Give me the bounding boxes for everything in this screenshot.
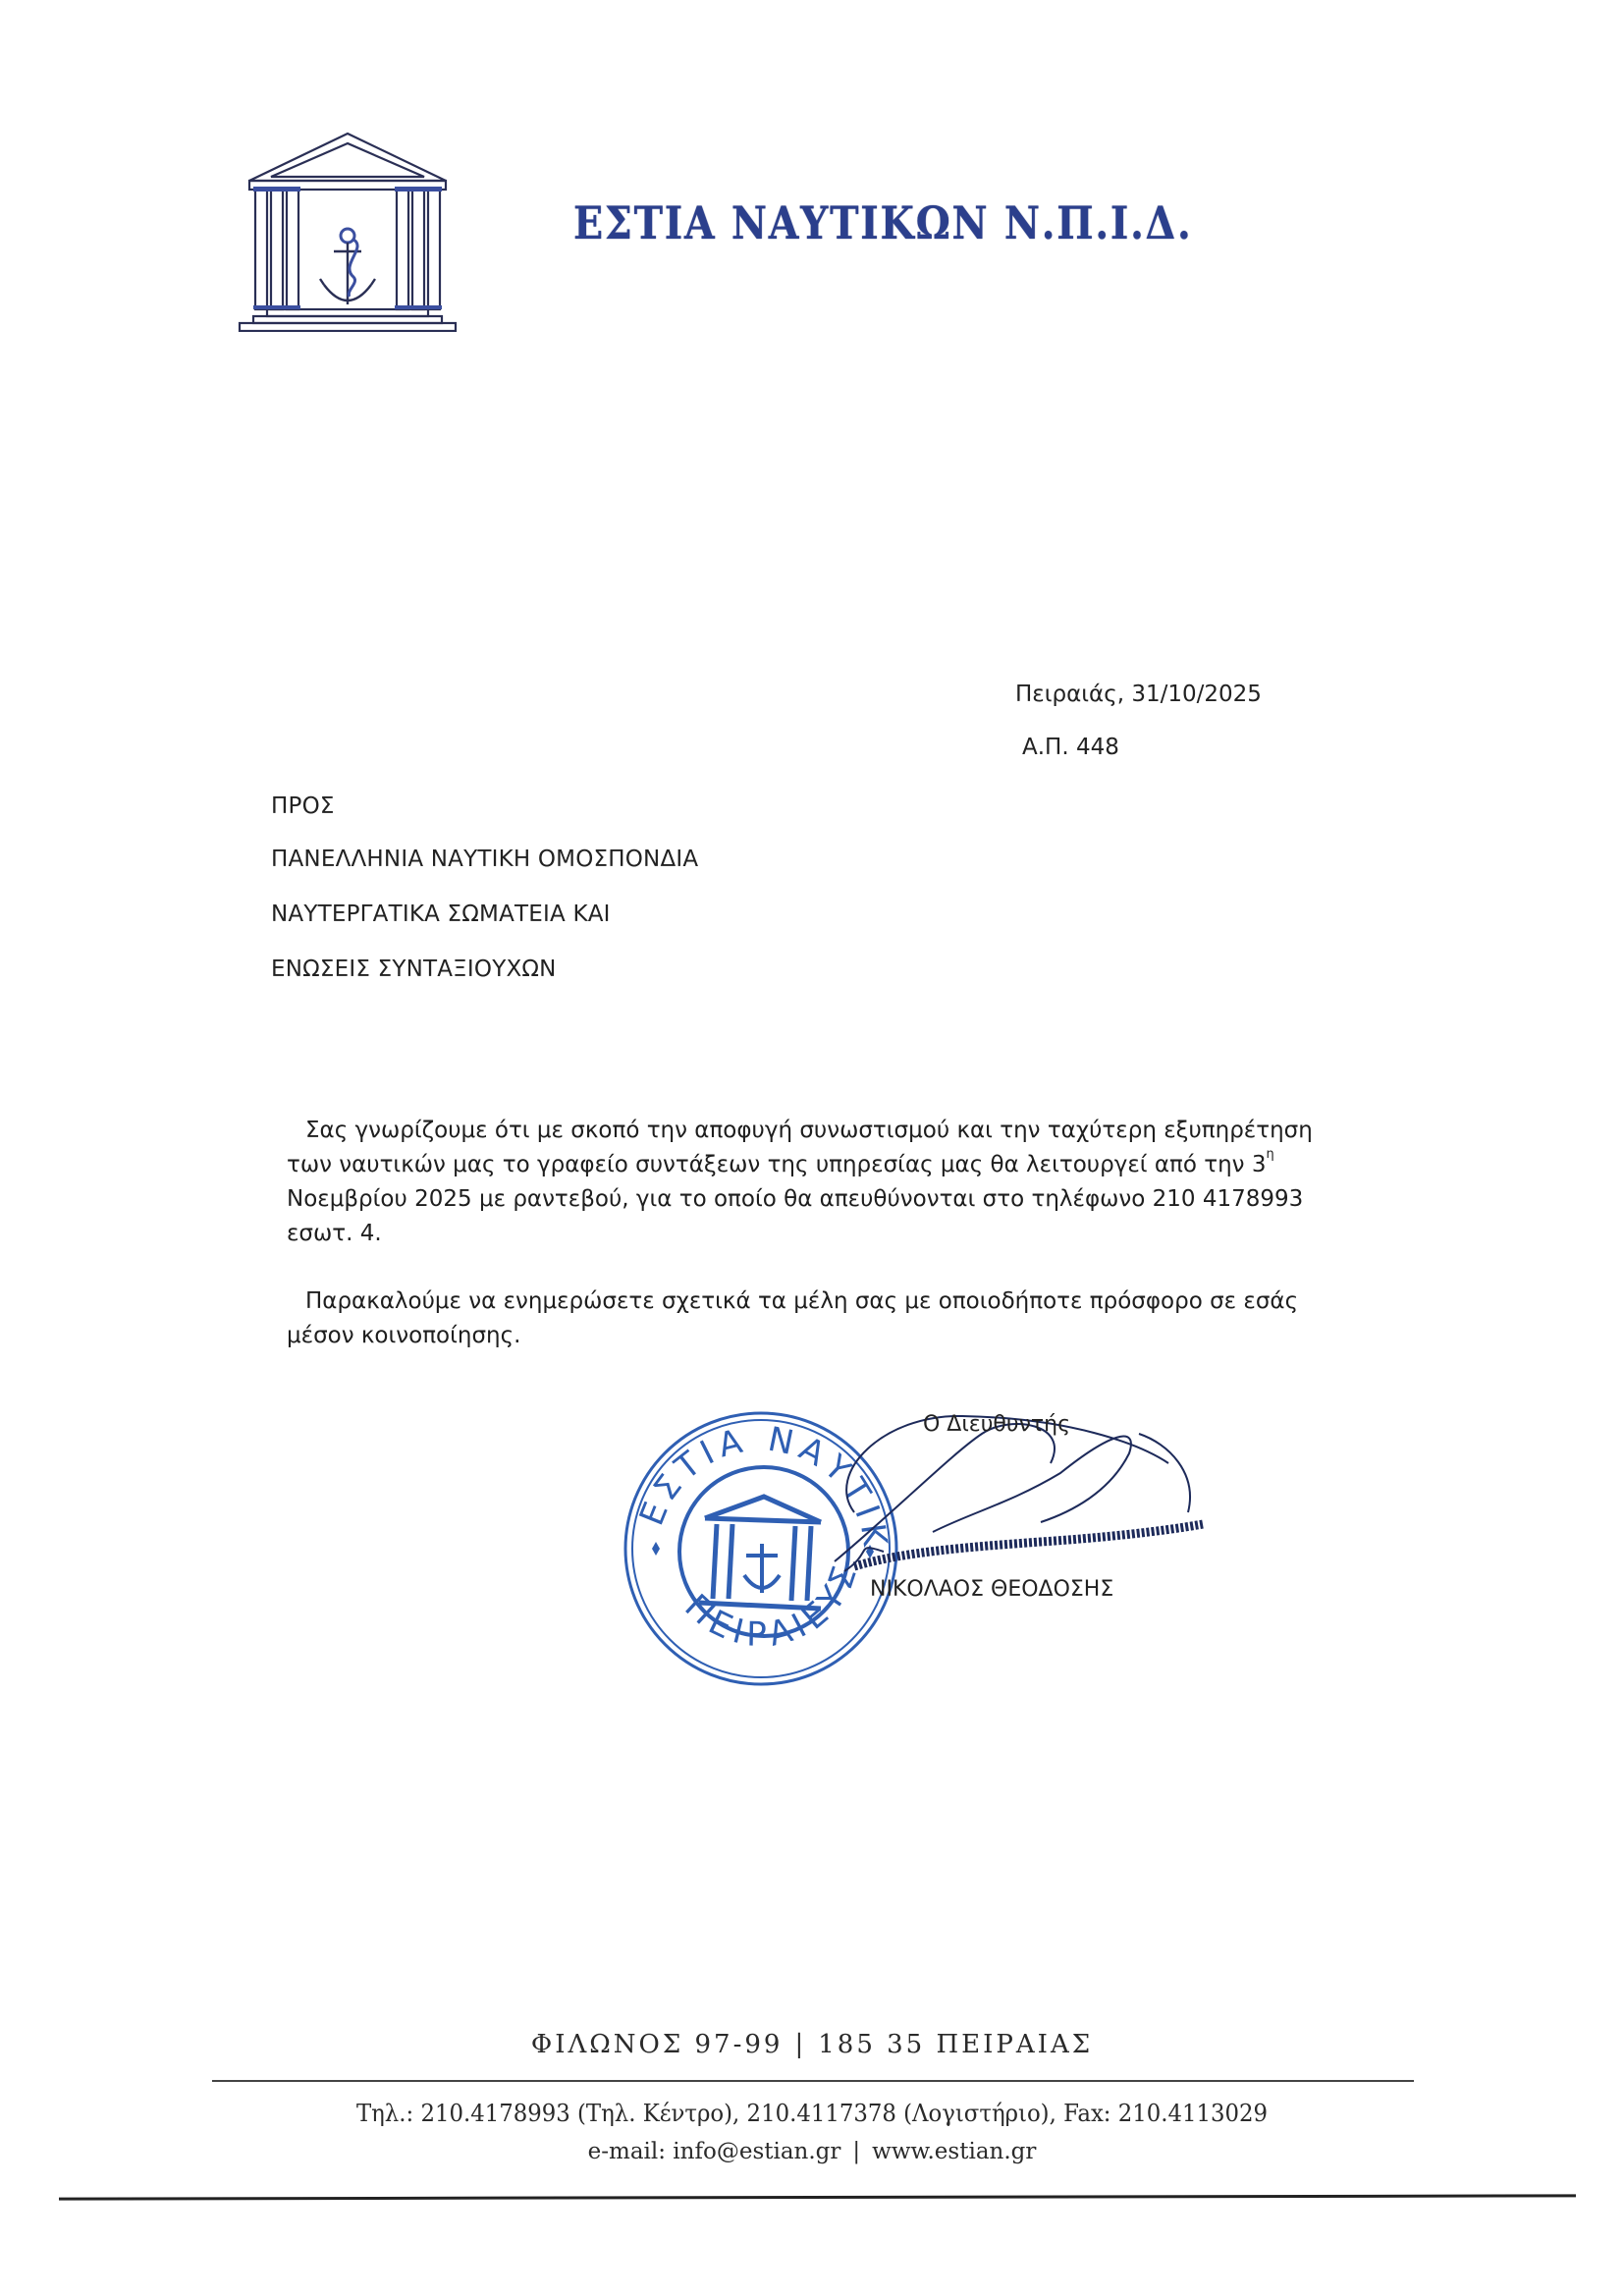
reference-number: Α.Π. 448 [1022,735,1119,760]
body-paragraph-2: Παρακαλούμε να ενημερώσετε σχετικά τα μέ… [287,1285,1327,1353]
body-line: των ναυτικών μας το γραφείο συντάξεων τη… [287,1148,1327,1182]
street-address: ΦΙΛΩΝΟΣ 97-99 [531,2030,784,2059]
temple-with-anchor-icon [238,130,458,332]
recipient-line: ΕΝΩΣΕΙΣ ΣΥΝΤΑΞΙΟΥΧΩΝ [271,957,557,982]
body-line: μέσον κοινοποίησης. [287,1319,1327,1353]
organization-title: ΕΣΤΙΑ ΝΑΥΤΙΚΩΝ Ν.Π.Ι.Δ. [573,196,1192,249]
document-date: Πειραιάς, 31/10/2025 [1015,682,1262,707]
body-line: Σας γνωρίζουμε ότι με σκοπό την αποφυγή … [287,1114,1327,1148]
email-link[interactable]: e-mail: info@estian.gr [588,2139,841,2164]
body-line-text: των ναυτικών μας το γραφείο συντάξεων τη… [287,1152,1266,1177]
recipient-line: ΝΑΥΤΕΡΓΑΤΙΚΑ ΣΩΜΑΤΕΙΑ ΚΑΙ [271,902,611,927]
footer-contacts: Τηλ.: 210.4178993 (Τηλ. Κέντρο), 210.411… [40,2100,1583,2127]
phone-label: Τηλ.: [356,2100,413,2127]
postal-city: 185 35 ΠΕΙΡΑΙΑΣ [818,2030,1093,2059]
signer-title: Ο Διευθυντής [923,1412,1070,1437]
footer-divider [212,2080,1414,2082]
website-link[interactable]: www.estian.gr [872,2139,1036,2164]
footer-address: ΦΙΛΩΝΟΣ 97-99|185 35 ΠΕΙΡΑΙΑΣ [0,2030,1624,2059]
body-line: Παρακαλούμε να ενημερώσετε σχετικά τα μέ… [287,1285,1327,1319]
page-bottom-rule [59,2194,1576,2200]
recipient-label: ΠΡΟΣ [271,793,335,819]
body-paragraph-1: Σας γνωρίζουμε ότι με σκοπό την αποφυγή … [287,1114,1327,1251]
phone-main: 210.4178993 (Τηλ. Κέντρο), [420,2100,739,2127]
fax-label: Fax: [1063,2100,1110,2127]
ordinal-superscript: η [1266,1147,1273,1162]
separator: | [840,2139,872,2164]
recipient-line: ΠΑΝΕΛΛΗΝΙΑ ΝΑΥΤΙΚΗ ΟΜΟΣΠΟΝΔΙΑ [271,847,698,872]
separator: | [783,2030,818,2059]
body-line: Νοεμβρίου 2025 με ραντεβού, για το οποίο… [287,1182,1327,1217]
body-line: εσωτ. 4. [287,1217,1327,1251]
phone-accounting: 210.4117378 (Λογιστήριο), [747,2100,1056,2127]
signer-name: ΝΙΚΟΛΑΟΣ ΘΕΟΔΟΣΗΣ [870,1577,1113,1602]
fax-number: 210.4113029 [1118,2100,1268,2127]
footer-web: e-mail: info@estian.gr|www.estian.gr [0,2139,1624,2164]
